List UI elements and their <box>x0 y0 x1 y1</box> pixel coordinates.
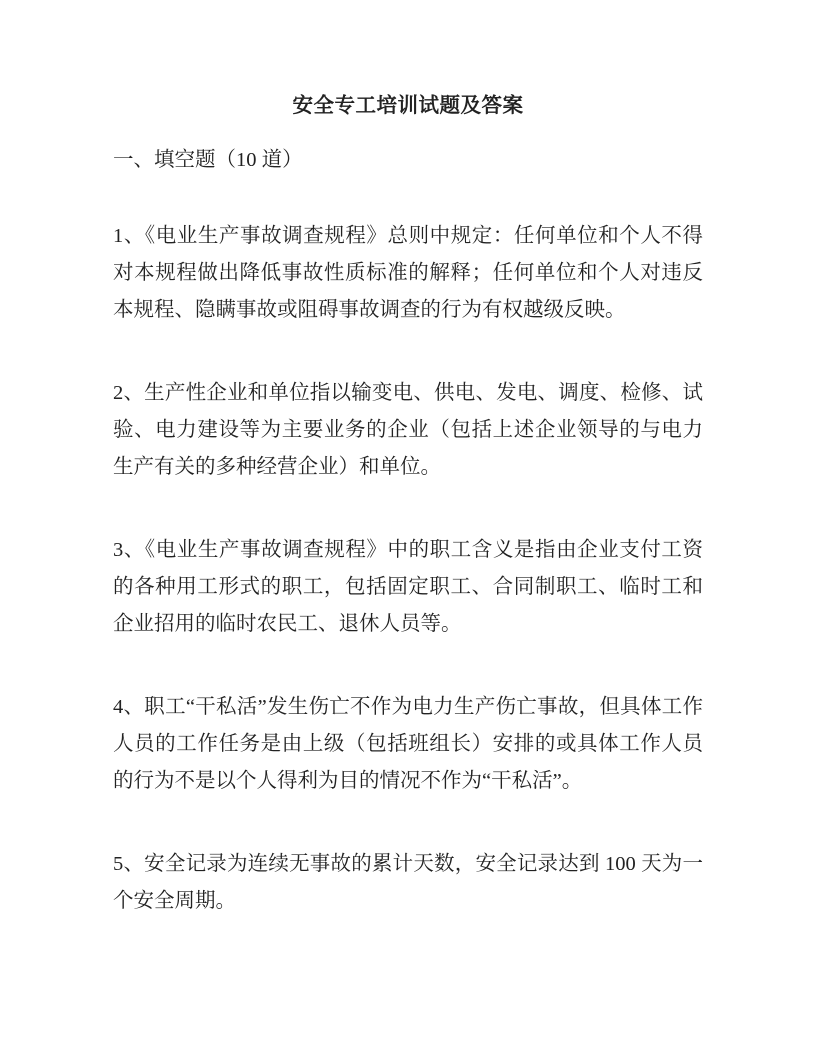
question-3-paragraph: 3、《电业生产事故调查规程》中的职工含义是指由企业支付工资的各种用工形式的职工，… <box>113 532 703 643</box>
question-4-paragraph: 4、职工“干私活”发生伤亡不作为电力生产伤亡事故，但具体工作人员的工作任务是由上… <box>113 689 703 800</box>
question-5-paragraph: 5、安全记录为连续无事故的累计天数，安全记录达到 100 天为一个安全周期。 <box>113 846 703 920</box>
document-page: 安全专工培训试题及答案 一、填空题（10 道） 1、《电业生产事故调查规程》总则… <box>0 0 816 1056</box>
document-title: 安全专工培训试题及答案 <box>113 88 703 125</box>
section-heading-fill-in-blanks: 一、填空题（10 道） <box>113 142 703 179</box>
question-1-paragraph: 1、《电业生产事故调查规程》总则中规定：任何单位和个人不得对本规程做出降低事故性… <box>113 218 703 329</box>
question-2-paragraph: 2、生产性企业和单位指以输变电、供电、发电、调度、检修、试验、电力建设等为主要业… <box>113 375 703 486</box>
